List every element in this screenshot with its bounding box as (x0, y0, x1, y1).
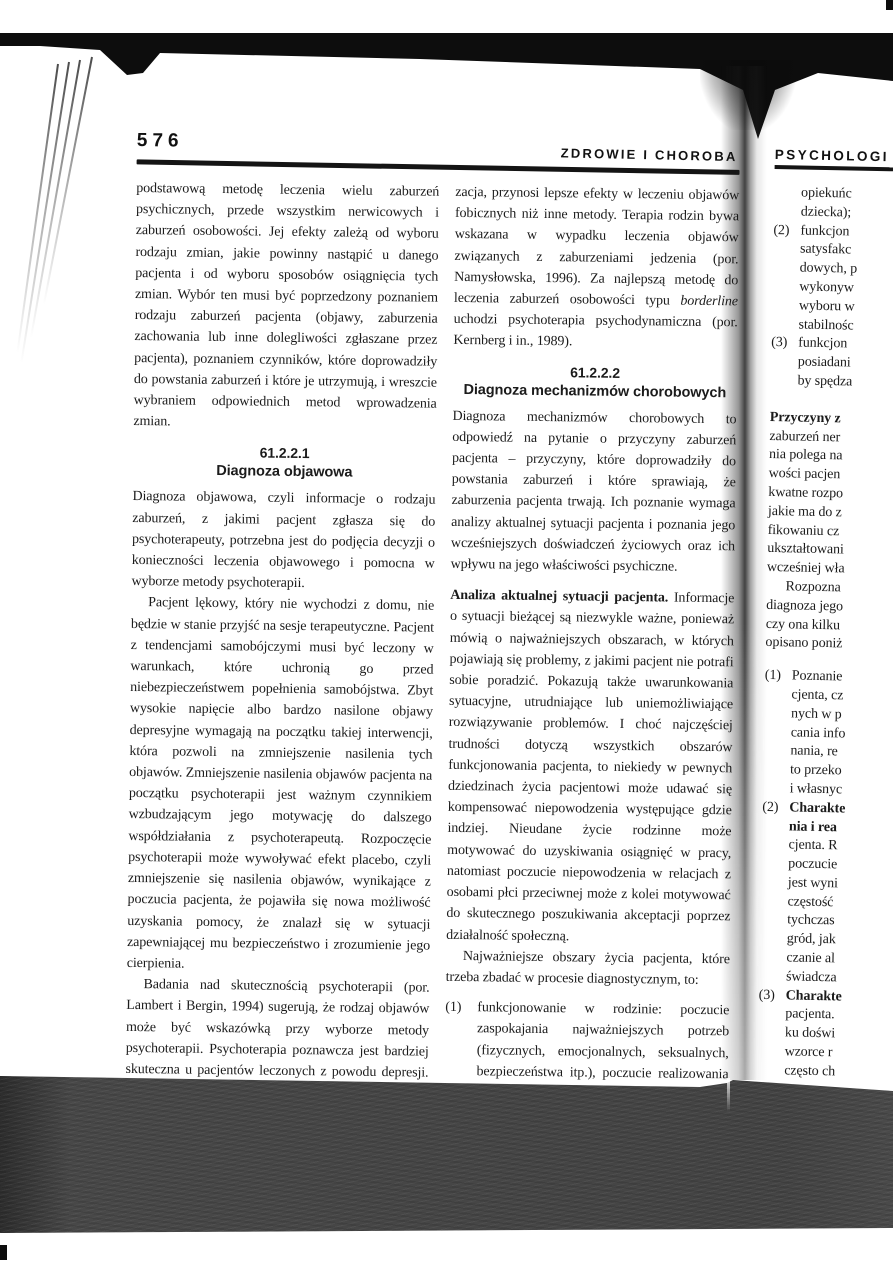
page-header: 576 ZDROWIE I CHOROBA (136, 130, 740, 184)
book-scan: 576 ZDROWIE I CHOROBA podstawową metodę … (0, 0, 893, 1263)
line-text: tychczas (787, 913, 835, 929)
paragraph-text: uchodzi psychoterapia psychodynamiczna (… (453, 312, 737, 350)
list-marker: (3) (759, 987, 786, 1006)
list-marker: (2) (773, 222, 800, 241)
line-text: ku doświ (785, 1026, 835, 1042)
line-text: poczucie (788, 856, 837, 872)
line-text: Poznanie (792, 669, 843, 685)
paragraph: Diagnoza mechanizmów chorobowych to odpo… (451, 406, 737, 579)
paragraph: zacja, przynosi lepsze efekty w leczeniu… (453, 182, 739, 355)
cutoff-line: diagnoza jego (766, 597, 893, 618)
line-text: dziecka); (801, 204, 852, 220)
cutoff-line: (1)Poznanie (765, 667, 893, 688)
line-text: czy ona kilku (766, 616, 840, 632)
line-text: satysfakc (800, 242, 851, 258)
line-text: opisano poniż (765, 635, 842, 651)
line-text: jest wyni (788, 875, 838, 891)
line-text: jakie ma do z (768, 504, 842, 520)
gutter-streak (727, 1078, 730, 1112)
line-text: częstość (787, 894, 833, 910)
list-marker: (3) (771, 334, 798, 353)
paragraph: Pacjent lękowy, który nie wychodzi z dom… (127, 592, 435, 977)
cutoff-line: opisano poniż (765, 634, 893, 655)
bold-lead: Analiza aktualnej sytuacji pacjenta. (450, 588, 668, 606)
line-text: stabilnośc (798, 317, 853, 333)
column-left: podstawową metodę leczenia wielu zaburze… (125, 178, 439, 1105)
line-text: nia i rea (789, 819, 837, 835)
line-text: diagnoza jego (766, 598, 843, 614)
line-text: wzorce r (784, 1044, 832, 1060)
paragraph-text: zacja, przynosi lepsze efekty w leczeniu… (454, 185, 739, 309)
line-text: to przeko (790, 763, 842, 779)
cutoff-line: (3)funkcjon (771, 334, 893, 355)
cutoff-line: jakie ma do z (768, 503, 893, 524)
cutoff-text-block: opiekuńcdziecka);(2)funkcjonsatysfakcdow… (757, 184, 893, 1083)
line-text: wykonyw (799, 279, 854, 295)
list-marker: (1) (765, 667, 792, 686)
line-text: dowych, p (800, 261, 858, 277)
page-number: 576 (137, 130, 184, 153)
paragraph: Diagnoza objawowa, czyli informacje o ro… (131, 486, 435, 596)
right-page-sliver: PSYCHOLOGI opiekuńcdziecka);(2)funkcjons… (757, 147, 893, 1083)
line-text: często ch (784, 1063, 835, 1079)
section-title: Diagnoza objawowa (133, 461, 436, 484)
scan-corner-artifact (886, 0, 893, 10)
section-title: Diagnoza mechanizmów chorobowych (453, 381, 737, 403)
running-header: PSYCHOLOGI (775, 147, 893, 165)
line-text: Charakte (786, 988, 842, 1004)
line-text: nych w p (791, 706, 842, 722)
paragraph: podstawową metodę leczenia wielu zaburze… (133, 178, 439, 436)
line-text: funkcjon (800, 223, 849, 239)
line-text: fikowaniu cz (768, 522, 840, 538)
line-text: kwatne rozpo (768, 485, 843, 501)
scan-corner-artifact (0, 1245, 7, 1260)
left-page: 576 ZDROWIE I CHOROBA podstawową metodę … (125, 130, 740, 1109)
cutoff-line: często ch (757, 1062, 893, 1083)
line-text: nania, re (790, 744, 838, 760)
scanner-bottom-band (0, 1070, 893, 1233)
paragraph: Najważniejsze obszary życia pacjenta, kt… (446, 946, 730, 992)
scanner-top-band (0, 33, 893, 145)
line-text: wyboru w (799, 298, 855, 314)
line-text: posiadani (798, 355, 851, 371)
header-rule (775, 165, 893, 172)
paragraph-text: Informacje o sytuacji bieżącej są niezwy… (446, 591, 734, 944)
cutoff-line: (2)funkcjon (773, 222, 893, 243)
line-text: czanie al (786, 950, 835, 966)
line-text: zaburzeń ner (769, 429, 840, 445)
line-text: wości pacjen (769, 466, 841, 482)
line-text: i własnyc (790, 781, 843, 797)
line-text: Rozpozna (785, 579, 840, 595)
section-heading: 61.2.2.1 Diagnoza objawowa (133, 442, 436, 484)
line-text: Charakte (789, 800, 845, 816)
section-heading: 61.2.2.2 Diagnoza mechanizmów chorobowyc… (453, 362, 737, 403)
text-columns: podstawową metodę leczenia wielu zaburze… (125, 178, 739, 1109)
cutoff-line: Rozpozna (766, 578, 893, 599)
line-text: cjenta, cz (791, 687, 843, 703)
cutoff-line: (2)Charakte (762, 799, 893, 820)
line-text: opiekuńc (801, 186, 852, 202)
line-text: wcześniej wła (767, 560, 845, 576)
paragraph: Analiza aktualnej sytuacji pacjenta. Inf… (446, 585, 734, 949)
line-text: nia polega na (769, 447, 843, 463)
line-text: gród, jak (787, 932, 836, 948)
line-text: świadcza (786, 969, 837, 985)
line-text: funkcjon (798, 336, 847, 352)
line-text: pacjenta. (785, 1007, 835, 1023)
cutoff-line: by spędza (770, 372, 893, 393)
list-marker: (2) (762, 799, 789, 818)
line-text: cjenta. R (788, 838, 837, 854)
column-right: zacja, przynosi lepsze efekty w leczeniu… (444, 182, 739, 1109)
line-text: by spędza (797, 373, 852, 389)
line-text: ukształtowani (767, 541, 844, 557)
running-header: ZDROWIE I CHOROBA (561, 145, 738, 164)
italic-term: borderline (680, 294, 738, 310)
cutoff-line: Przyczyny z (770, 409, 893, 430)
cutoff-line: kwatne rozpo (768, 484, 893, 505)
line-text: Przyczyny z (770, 410, 841, 426)
line-text: cania info (791, 725, 846, 741)
cutoff-line: (3)Charakte (759, 987, 893, 1008)
